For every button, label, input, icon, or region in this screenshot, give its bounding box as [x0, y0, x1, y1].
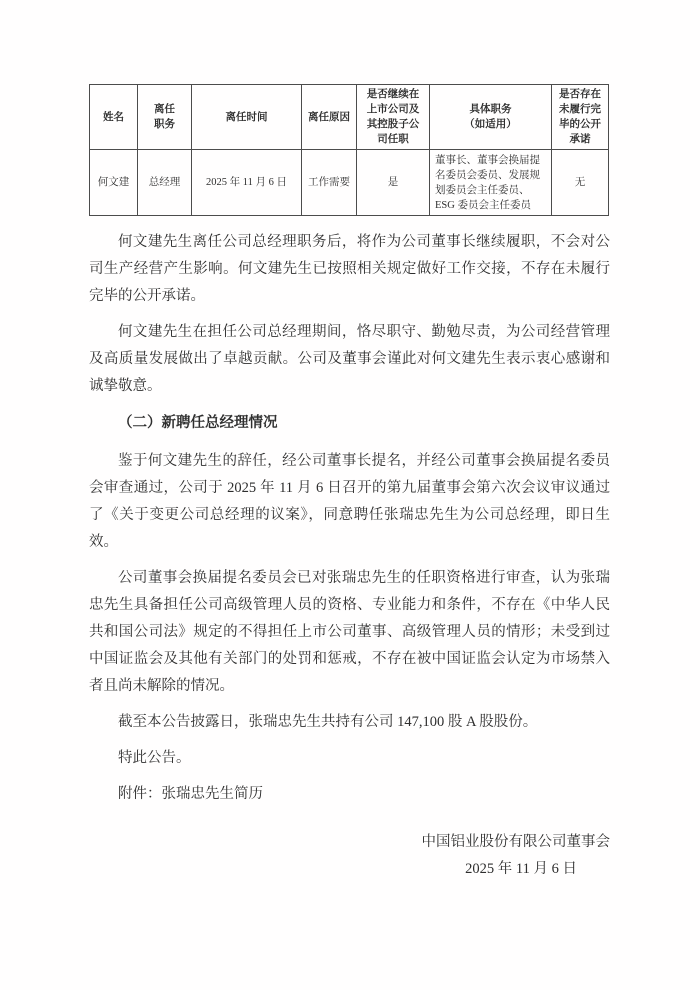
paragraph-hereby-announced: 特此公告。 [89, 745, 610, 772]
header-specific-duties: 具体职务 （如适用） [430, 85, 552, 150]
table-header-row: 姓名 离任 职务 离任时间 离任原因 是否继续在 上市公司及 其控股子公 司任职… [90, 85, 609, 150]
paragraph-appointment-resolution: 鉴于何文建先生的辞任，经公司董事长提名，并经公司董事会换届提名委员会审查通过，公… [89, 448, 610, 556]
cell-name: 何文建 [90, 150, 138, 216]
cell-open-commitments: 无 [552, 150, 609, 216]
header-continue-serving: 是否继续在 上市公司及 其控股子公 司任职 [357, 85, 430, 150]
signature-date: 2025 年 11 月 6 日 [89, 856, 610, 883]
cell-departure-reason: 工作需要 [302, 150, 357, 216]
paragraph-departure-effect: 何文建先生离任公司总经理职务后，将作为公司董事长继续履职，不会对公司生产经营产生… [89, 229, 610, 310]
paragraph-gratitude: 何文建先生在担任公司总经理期间，恪尽职守、勤勉尽责，为公司经营管理及高质量发展做… [89, 319, 610, 400]
cell-departed-position: 总经理 [138, 150, 192, 216]
announcement-page: 姓名 离任 职务 离任时间 离任原因 是否继续在 上市公司及 其控股子公 司任职… [0, 0, 700, 990]
header-open-commitments: 是否存在 未履行完 毕的公开 承诺 [552, 85, 609, 150]
header-name: 姓名 [90, 85, 138, 150]
cell-departure-time: 2025 年 11 月 6 日 [192, 150, 302, 216]
table-row: 何文建 总经理 2025 年 11 月 6 日 工作需要 是 董事长、董事会换届… [90, 150, 609, 216]
header-departed-position: 离任 职务 [138, 85, 192, 150]
departure-info-table: 姓名 离任 职务 离任时间 离任原因 是否继续在 上市公司及 其控股子公 司任职… [89, 84, 609, 216]
paragraph-shareholding: 截至本公告披露日，张瑞忠先生共持有公司 147,100 股 A 股股份。 [89, 709, 610, 736]
section-heading-new-gm: （二）新聘任总经理情况 [89, 410, 610, 437]
header-departure-time: 离任时间 [192, 85, 302, 150]
signature-company: 中国铝业股份有限公司董事会 [89, 829, 610, 856]
header-departure-reason: 离任原因 [302, 85, 357, 150]
cell-specific-duties: 董事长、董事会换届提 名委员会委员、发展规 划委员会主任委员、 ESG 委员会主… [430, 150, 552, 216]
paragraph-qualification-review: 公司董事会换届提名委员会已对张瑞忠先生的任职资格进行审查，认为张瑞忠先生具备担任… [89, 565, 610, 700]
cell-continue-serving: 是 [357, 150, 430, 216]
paragraph-attachment: 附件：张瑞忠先生简历 [89, 781, 610, 808]
signature-block: 中国铝业股份有限公司董事会 2025 年 11 月 6 日 [89, 829, 610, 883]
